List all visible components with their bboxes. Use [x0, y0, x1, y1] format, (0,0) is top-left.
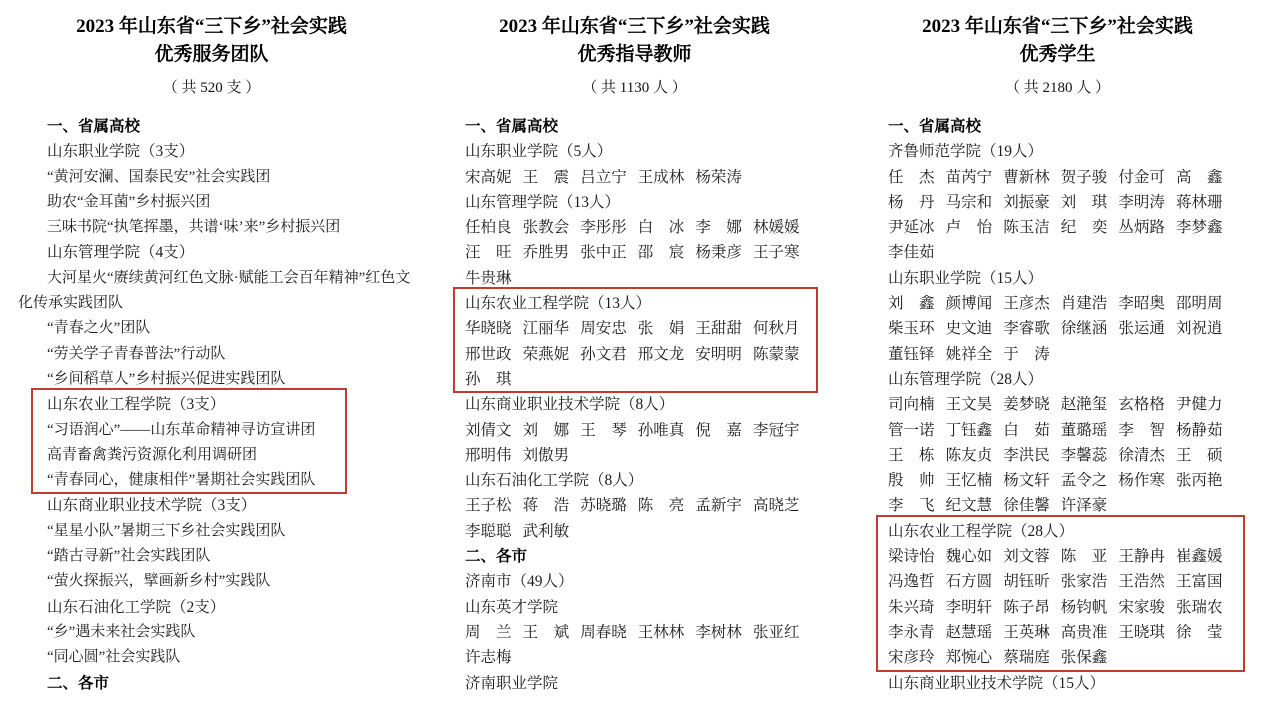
section-header: 一、省属高校: [0, 114, 423, 139]
school-name-line: 山东职业学院（3支）: [0, 139, 423, 164]
names-row: 董钰铎姚祥全于 涛: [846, 342, 1269, 367]
person-name: 张运通: [1118, 316, 1176, 341]
names-row: 柴玉环史文迪李睿歌徐继涵张运通刘祝逍: [846, 316, 1269, 341]
person-name: 安明明: [695, 342, 753, 367]
list-body: 一、省属高校山东职业学院（3支）“黄河安澜、国泰民安”社会实践团助农“金耳菌”乡…: [0, 114, 423, 696]
names-row: 冯逸哲石方圆胡钰昕张家浩王浩然王富国: [846, 569, 1269, 594]
person-name: 陈友贞: [946, 443, 1004, 468]
names-row: 牛贵琳: [423, 266, 846, 291]
total-count: （ 共 520 支 ）: [0, 76, 423, 97]
names-row: 孙 琪: [423, 367, 846, 392]
person-name: 杨静茹: [1176, 418, 1234, 443]
person-name: 孙唯真: [638, 418, 696, 443]
person-name: 丛炳路: [1118, 215, 1176, 240]
person-name: 李冠宇: [753, 418, 811, 443]
team-name-line: “黄河安澜、国泰民安”社会实践团: [0, 165, 423, 190]
names-row: 汪 旺乔胜男张中正邵 宸杨秉彦王子寒: [423, 240, 846, 265]
person-name: 刘 琪: [1061, 190, 1119, 215]
person-name: 王 斌: [523, 620, 581, 645]
names-row: 杨 丹马宗和刘振豪刘 琪李明涛蒋林珊: [846, 190, 1269, 215]
school-name-line: 济南市（49人）: [423, 569, 846, 594]
person-name: 李永青: [888, 620, 946, 645]
person-name: 朱兴琦: [888, 595, 946, 620]
names-row: 邢明伟刘傲男: [423, 443, 846, 468]
person-name: 冯逸哲: [888, 569, 946, 594]
person-name: 孟新宇: [695, 493, 753, 518]
person-name: 贺子骏: [1061, 165, 1119, 190]
names-row: 刘 鑫颜博闻王彦杰肖建浩李昭奥邵明周: [846, 291, 1269, 316]
person-name: 尹延冰: [888, 215, 946, 240]
person-name: 卢 怡: [946, 215, 1004, 240]
person-name: 郑惋心: [946, 645, 1004, 670]
names-row: 邢世政荣燕妮孙文君邢文龙安明明陈蒙蒙: [423, 342, 846, 367]
person-name: 陈子昂: [1003, 595, 1061, 620]
school-name-line: 齐鲁师范学院（19人）: [846, 139, 1269, 164]
person-name: 梁诗怡: [888, 544, 946, 569]
person-name: 邵 宸: [638, 240, 696, 265]
names-row: 周 兰王 斌周春晓王林林李树林张亚红: [423, 620, 846, 645]
person-name: 王子松: [465, 493, 523, 518]
person-name: 赵慧瑶: [946, 620, 1004, 645]
person-name: 杨文轩: [1003, 468, 1061, 493]
person-name: 王 硕: [1176, 443, 1234, 468]
person-name: 宋高妮: [465, 165, 523, 190]
team-name-line: “青春同心，健康相伴”暑期社会实践团队: [0, 468, 423, 493]
list-body: 一、省属高校齐鲁师范学院（19人）任 杰苗芮宁曹新林贺子骏付金可高 鑫杨 丹马宗…: [846, 114, 1269, 696]
person-name: 邢明伟: [465, 443, 523, 468]
person-name: 刘祝逍: [1176, 316, 1234, 341]
names-row: 殷 帅王忆楠杨文轩孟令之杨作寒张丙艳: [846, 468, 1269, 493]
school-name-line: 山东商业职业技术学院（15人）: [846, 671, 1269, 696]
person-name: 崔鑫媛: [1176, 544, 1234, 569]
person-name: 殷 帅: [888, 468, 946, 493]
person-name: 王成林: [638, 165, 696, 190]
team-name-line: “星星小队”暑期三下乡社会实践团队: [0, 519, 423, 544]
person-name: 杨钧帆: [1061, 595, 1119, 620]
team-name-line: “萤火探振兴，擘画新乡村”实践队: [0, 569, 423, 594]
person-name: 李树林: [695, 620, 753, 645]
person-name: 陈 亮: [638, 493, 696, 518]
person-name: 江丽华: [523, 316, 581, 341]
person-name: 白 茹: [1003, 418, 1061, 443]
person-name: 王林林: [638, 620, 696, 645]
person-name: 许泽豪: [1061, 493, 1119, 518]
list-body: 一、省属高校山东职业学院（5人）宋高妮王 震吕立宁王成林杨荣涛山东管理学院（13…: [423, 114, 846, 696]
person-name: 刘傲男: [523, 443, 581, 468]
person-name: 李昭奥: [1118, 291, 1176, 316]
person-name: 肖建浩: [1061, 291, 1119, 316]
person-name: 王 琴: [580, 418, 638, 443]
person-name: 任 杰: [888, 165, 946, 190]
school-name-line: 山东石油化工学院（2支）: [0, 595, 423, 620]
person-name: 王忆楠: [946, 468, 1004, 493]
person-name: 孙文君: [580, 342, 638, 367]
person-name: 宋彦玲: [888, 645, 946, 670]
school-name-line: 山东石油化工学院（8人）: [423, 468, 846, 493]
person-name: 颜博闻: [946, 291, 1004, 316]
person-name: 张亚红: [753, 620, 811, 645]
column-excellent-service-teams: 2023 年山东省“三下乡”社会实践 优秀服务团队 （ 共 520 支 ） 一、…: [0, 0, 423, 713]
names-row: 朱兴琦李明轩陈子昂杨钧帆宋家骏张瑞农: [846, 595, 1269, 620]
total-count: （ 共 1130 人 ）: [423, 76, 846, 97]
person-name: 赵滟玺: [1061, 392, 1119, 417]
person-name: 付金可: [1118, 165, 1176, 190]
person-name: 李佳茹: [888, 240, 946, 265]
person-name: 管一诺: [888, 418, 946, 443]
person-name: 李明涛: [1118, 190, 1176, 215]
names-row: 梁诗怡魏心如刘文蓉陈 亚王静冉崔鑫媛: [846, 544, 1269, 569]
column-excellent-students: 2023 年山东省“三下乡”社会实践 优秀学生 （ 共 2180 人 ） 一、省…: [846, 0, 1269, 713]
person-name: 周春晓: [580, 620, 638, 645]
person-name: 徐佳馨: [1003, 493, 1061, 518]
column-title: 2023 年山东省“三下乡”社会实践 优秀学生: [846, 0, 1269, 69]
person-name: 尹健力: [1176, 392, 1234, 417]
person-name: 司向楠: [888, 392, 946, 417]
person-name: 李聪聪: [465, 519, 523, 544]
person-name: 吕立宁: [580, 165, 638, 190]
person-name: 李梦鑫: [1176, 215, 1234, 240]
school-name-line: 山东管理学院（4支）: [0, 240, 423, 265]
person-name: 蒋 浩: [523, 493, 581, 518]
person-name: 董钰铎: [888, 342, 946, 367]
names-row: 李聪聪武利敏: [423, 519, 846, 544]
school-name-line: 山东管理学院（28人）: [846, 367, 1269, 392]
person-name: 马宗和: [946, 190, 1004, 215]
person-name: 杨 丹: [888, 190, 946, 215]
person-name: 李馨蕊: [1061, 443, 1119, 468]
person-name: 苗芮宁: [946, 165, 1004, 190]
person-name: 姜梦晓: [1003, 392, 1061, 417]
person-name: 高 鑫: [1176, 165, 1234, 190]
person-name: 李 智: [1118, 418, 1176, 443]
section-header: 一、省属高校: [423, 114, 846, 139]
document-page: 2023 年山东省“三下乡”社会实践 优秀服务团队 （ 共 520 支 ） 一、…: [0, 0, 1269, 713]
school-name-line: 山东农业工程学院（13人）: [423, 291, 846, 316]
names-row: 管一诺丁钰鑫白 茹董璐瑶李 智杨静茹: [846, 418, 1269, 443]
person-name: 张保鑫: [1061, 645, 1119, 670]
person-name: 荣燕妮: [523, 342, 581, 367]
person-name: 魏心如: [946, 544, 1004, 569]
team-name-line: “乡间稻草人”乡村振兴促进实践团队: [0, 367, 423, 392]
person-name: 周安忠: [580, 316, 638, 341]
person-name: 王甜甜: [695, 316, 753, 341]
names-row: 李永青赵慧瑶王英琳高贵准王晓琪徐 莹: [846, 620, 1269, 645]
person-name: 华晓晓: [465, 316, 523, 341]
person-name: 陈玉洁: [1003, 215, 1061, 240]
school-name-line: 山东商业职业技术学院（8人）: [423, 392, 846, 417]
person-name: 乔胜男: [523, 240, 581, 265]
person-name: 陈 亚: [1061, 544, 1119, 569]
person-name: 玄格格: [1118, 392, 1176, 417]
person-name: 王英琳: [1003, 620, 1061, 645]
person-name: 董璐瑶: [1061, 418, 1119, 443]
person-name: 何秋月: [753, 316, 811, 341]
school-name-line: 山东英才学院: [423, 595, 846, 620]
title-line-1: 2023 年山东省“三下乡”社会实践: [846, 13, 1269, 41]
school-name-line: 山东管理学院（13人）: [423, 190, 846, 215]
names-row: 司向楠王文昊姜梦晓赵滟玺玄格格尹健力: [846, 392, 1269, 417]
names-row: 任 杰苗芮宁曹新林贺子骏付金可高 鑫: [846, 165, 1269, 190]
team-name-line: 高青畜禽粪污资源化利用调研团: [0, 443, 423, 468]
person-name: 杨作寒: [1118, 468, 1176, 493]
person-name: 王 震: [523, 165, 581, 190]
column-title: 2023 年山东省“三下乡”社会实践 优秀服务团队: [0, 0, 423, 69]
title-line-2: 优秀学生: [846, 41, 1269, 69]
team-name-line: 三味书院“执笔挥墨，共谱‘味’来”乡村振兴团: [0, 215, 423, 240]
person-name: 刘文蓉: [1003, 544, 1061, 569]
person-name: 林媛媛: [753, 215, 811, 240]
person-name: 王静冉: [1118, 544, 1176, 569]
person-name: 宋家骏: [1118, 595, 1176, 620]
person-name: 王浩然: [1118, 569, 1176, 594]
person-name: 张丙艳: [1176, 468, 1234, 493]
person-name: 张中正: [580, 240, 638, 265]
names-row: 许志梅: [423, 645, 846, 670]
school-name-line: 山东农业工程学院（3支）: [0, 392, 423, 417]
person-name: 高贵准: [1061, 620, 1119, 645]
person-name: 蔡瑞庭: [1003, 645, 1061, 670]
person-name: 徐 莹: [1176, 620, 1234, 645]
names-row: 刘倩文刘 娜王 琴孙唯真倪 嘉李冠宇: [423, 418, 846, 443]
team-name-line: “青春之火”团队: [0, 316, 423, 341]
person-name: 丁钰鑫: [946, 418, 1004, 443]
team-name-line: 大河星火“赓续黄河红色文脉·赋能工会百年精神”红色文: [0, 266, 423, 291]
person-name: 姚祥全: [946, 342, 1004, 367]
person-name: 刘振豪: [1003, 190, 1061, 215]
section-header: 一、省属高校: [846, 114, 1269, 139]
names-row: 李 飞纪文慧徐佳馨许泽豪: [846, 493, 1269, 518]
names-row: 王 栋陈友贞李洪民李馨蕊徐清杰王 硕: [846, 443, 1269, 468]
section-header: 二、各市: [423, 544, 846, 569]
names-row: 华晓晓江丽华周安忠张 娟王甜甜何秋月: [423, 316, 846, 341]
person-name: 倪 嘉: [695, 418, 753, 443]
title-line-2: 优秀服务团队: [0, 41, 423, 69]
team-name-line: “踏古寻新”社会实践团队: [0, 544, 423, 569]
person-name: 任柏良: [465, 215, 523, 240]
person-name: 王 栋: [888, 443, 946, 468]
person-name: 李洪民: [1003, 443, 1061, 468]
person-name: 曹新林: [1003, 165, 1061, 190]
person-name: 李 娜: [695, 215, 753, 240]
section-header: 二、各市: [0, 671, 423, 696]
total-count: （ 共 2180 人 ）: [846, 76, 1269, 97]
person-name: 李 飞: [888, 493, 946, 518]
school-name-line: 山东商业职业技术学院（3支）: [0, 493, 423, 518]
title-line-2: 优秀指导教师: [423, 41, 846, 69]
person-name: 白 冰: [638, 215, 696, 240]
person-name: 邢世政: [465, 342, 523, 367]
person-name: 杨秉彦: [695, 240, 753, 265]
person-name: 张 娟: [638, 316, 696, 341]
team-name-line: “习语润心”——山东革命精神寻访宣讲团: [0, 418, 423, 443]
person-name: 李彤彤: [580, 215, 638, 240]
person-name: 于 涛: [1003, 342, 1061, 367]
person-name: 王晓琪: [1118, 620, 1176, 645]
school-name-line: 山东职业学院（5人）: [423, 139, 846, 164]
names-row: 李佳茹: [846, 240, 1269, 265]
person-name: 武利敏: [523, 519, 581, 544]
person-name: 王彦杰: [1003, 291, 1061, 316]
title-line-1: 2023 年山东省“三下乡”社会实践: [0, 13, 423, 41]
person-name: 刘 鑫: [888, 291, 946, 316]
names-row: 任柏良张教会李彤彤白 冰李 娜林媛媛: [423, 215, 846, 240]
team-name-line: 化传承实践团队: [0, 291, 423, 316]
person-name: 高晓芝: [753, 493, 811, 518]
team-name-line: 助农“金耳菌”乡村振兴团: [0, 190, 423, 215]
person-name: 牛贵琳: [465, 266, 523, 291]
person-name: 张家浩: [1061, 569, 1119, 594]
person-name: 刘 娜: [523, 418, 581, 443]
person-name: 石方圆: [946, 569, 1004, 594]
school-name-line: 山东职业学院（15人）: [846, 266, 1269, 291]
highlight-box: 山东农业工程学院（3支）“习语润心”——山东革命精神寻访宣讲团高青畜禽粪污资源化…: [0, 392, 423, 493]
person-name: 邢文龙: [638, 342, 696, 367]
person-name: 柴玉环: [888, 316, 946, 341]
highlight-box: 山东农业工程学院（28人）梁诗怡魏心如刘文蓉陈 亚王静冉崔鑫媛冯逸哲石方圆胡钰昕…: [846, 519, 1269, 671]
person-name: 徐继涵: [1061, 316, 1119, 341]
team-name-line: “乡”遇未来社会实践队: [0, 620, 423, 645]
person-name: 邵明周: [1176, 291, 1234, 316]
person-name: 蒋林珊: [1176, 190, 1234, 215]
highlight-box: 山东农业工程学院（13人）华晓晓江丽华周安忠张 娟王甜甜何秋月邢世政荣燕妮孙文君…: [423, 291, 846, 392]
person-name: 许志梅: [465, 645, 523, 670]
person-name: 胡钰昕: [1003, 569, 1061, 594]
person-name: 史文迪: [946, 316, 1004, 341]
person-name: 王文昊: [946, 392, 1004, 417]
person-name: 张教会: [523, 215, 581, 240]
person-name: 王富国: [1176, 569, 1234, 594]
names-row: 王子松蒋 浩苏晓璐陈 亮孟新宇高晓芝: [423, 493, 846, 518]
person-name: 纪 奕: [1061, 215, 1119, 240]
person-name: 杨荣涛: [695, 165, 753, 190]
person-name: 王子寒: [753, 240, 811, 265]
person-name: 李明轩: [946, 595, 1004, 620]
title-line-1: 2023 年山东省“三下乡”社会实践: [423, 13, 846, 41]
column-excellent-teachers: 2023 年山东省“三下乡”社会实践 优秀指导教师 （ 共 1130 人 ） 一…: [423, 0, 846, 713]
school-name-line: 山东农业工程学院（28人）: [846, 519, 1269, 544]
names-row: 宋高妮王 震吕立宁王成林杨荣涛: [423, 165, 846, 190]
person-name: 苏晓璐: [580, 493, 638, 518]
school-name-line: 济南职业学院: [423, 671, 846, 696]
person-name: 张瑞农: [1176, 595, 1234, 620]
team-name-line: “劳关学子青春普法”行动队: [0, 342, 423, 367]
person-name: 刘倩文: [465, 418, 523, 443]
column-title: 2023 年山东省“三下乡”社会实践 优秀指导教师: [423, 0, 846, 69]
names-row: 尹延冰卢 怡陈玉洁纪 奕丛炳路李梦鑫: [846, 215, 1269, 240]
team-name-line: “同心圆”社会实践队: [0, 645, 423, 670]
person-name: 李睿歌: [1003, 316, 1061, 341]
person-name: 纪文慧: [946, 493, 1004, 518]
person-name: 徐清杰: [1118, 443, 1176, 468]
names-row: 宋彦玲郑惋心蔡瑞庭张保鑫: [846, 645, 1269, 670]
person-name: 陈蒙蒙: [753, 342, 811, 367]
person-name: 孙 琪: [465, 367, 523, 392]
person-name: 周 兰: [465, 620, 523, 645]
person-name: 汪 旺: [465, 240, 523, 265]
person-name: 孟令之: [1061, 468, 1119, 493]
